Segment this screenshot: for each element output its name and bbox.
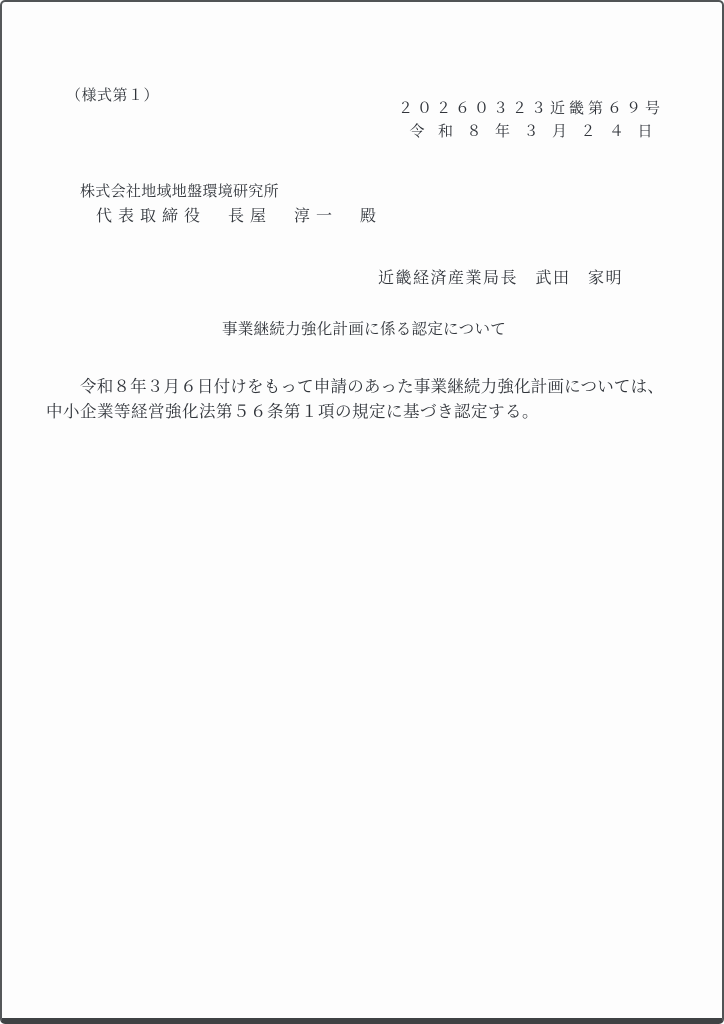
form-number-label: （様式第１） — [66, 87, 159, 105]
body-text-line-2: 中小企業等経営強化法第５６条第１項の規定に基づき認定する。 — [46, 402, 539, 422]
document-reference-number: ２０２６０３２３近畿第６９号 — [398, 100, 664, 118]
scanned-letter-page: （様式第１） ２０２６０３２３近畿第６９号 令和８年３月２４日 株式会社地域地盤… — [0, 0, 724, 1024]
document-title: 事業継続力強化計画に係る認定について — [2, 321, 724, 340]
sender-name: 近畿経済産業局長 武田 家明 — [378, 269, 623, 288]
recipient-company-name: 株式会社地域地盤環境研究所 — [80, 183, 279, 201]
body-text-line-1: 令和８年３月６日付けをもって申請のあった事業継続力強化計画については、 — [80, 377, 664, 397]
issue-date: 令和８年３月２４日 — [409, 123, 666, 141]
recipient-person-name: 代表取締役 長屋 淳一 殿 — [96, 207, 382, 226]
